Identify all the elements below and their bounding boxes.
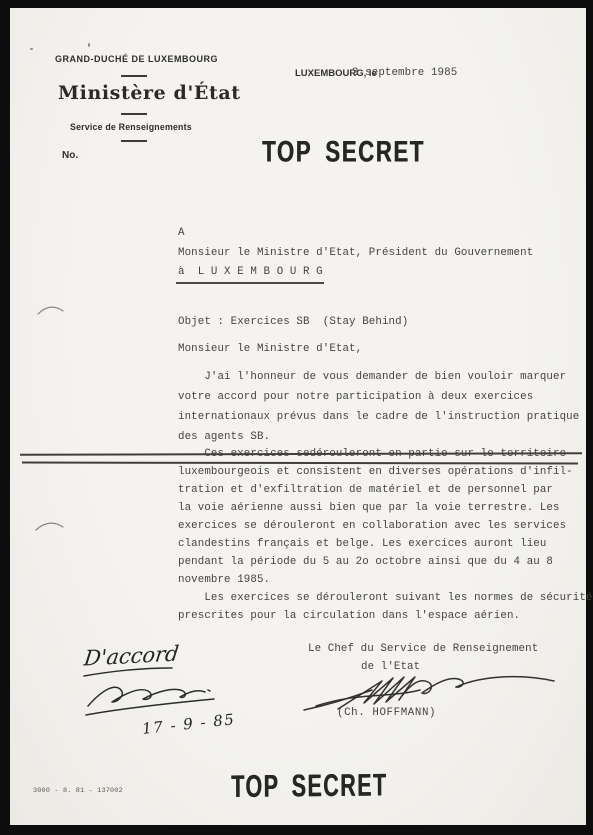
letterhead-country: GRAND-DUCHÉ DE LUXEMBOURG <box>55 54 218 64</box>
print-code: 3000 - 8. 81 - 137002 <box>33 787 123 795</box>
para1-line1: J'ai l'honneur de vous demander de bien … <box>178 371 566 384</box>
subject-line: Objet : Exercices SB (Stay Behind) <box>178 316 408 329</box>
signer-name: (Ch. HOFFMANN) <box>337 707 436 720</box>
salutation-line: Monsieur le Ministre d'Etat, <box>178 343 362 356</box>
letterhead-divider <box>121 113 147 115</box>
para2-line6: clandestins français et belge. Les exerc… <box>178 538 546 551</box>
reference-number-label: No. <box>62 150 78 161</box>
top-secret-stamp-top: TOP SECRET <box>262 135 425 169</box>
para2-line8: novembre 1985. <box>178 574 270 587</box>
para3-line1: Les exercices se dérouleront suivant les… <box>178 592 593 605</box>
top-secret-stamp-bottom: TOP SECRET <box>231 768 388 805</box>
letterhead-service: Service de Renseignements <box>70 122 192 132</box>
para3-line2: prescrites pour la circulation dans l'es… <box>178 610 520 623</box>
recipient-line2: à L U X E M B O U R G <box>178 266 323 279</box>
para2-line5: exercices se dérouleront en collaboratio… <box>178 520 566 533</box>
scan-speck <box>88 43 90 47</box>
scanned-letter: GRAND-DUCHÉ DE LUXEMBOURG Ministère d'Ét… <box>0 0 593 835</box>
letter-paper: GRAND-DUCHÉ DE LUXEMBOURG Ministère d'Ét… <box>10 8 586 825</box>
para2-line7: pendant la période du 5 au 2o octobre ai… <box>178 556 553 569</box>
margin-pen-mark <box>36 303 66 317</box>
letterhead-divider <box>121 140 147 142</box>
recipient-line1: Monsieur le Ministre d'Etat, Président d… <box>178 247 533 260</box>
letterhead-divider <box>121 75 147 77</box>
margin-pen-mark <box>34 519 66 533</box>
para1-line2: votre accord pour notre participation à … <box>178 391 533 404</box>
signer-title-line1: Le Chef du Service de Renseignement <box>308 643 538 656</box>
strikethrough-line-lower <box>22 462 578 465</box>
para2-line2: luxembourgeois et consistent en diverses… <box>178 466 573 479</box>
recipient-to-prefix: A <box>178 227 185 240</box>
para1-line3: internationaux prévus dans le cadre de l… <box>178 411 579 424</box>
para2-line4: la voie aérienne aussi bien que par la v… <box>178 502 560 515</box>
recipient-underline <box>176 282 324 284</box>
para2-line3: tration et d'exfiltration de matériel et… <box>178 484 553 497</box>
letterhead-ministry: Ministère d'État <box>58 82 241 104</box>
scan-speck <box>30 48 33 50</box>
para1-line4: des agents SB. <box>178 431 270 444</box>
dateline-typed-date: 3 septembre 1985 <box>352 67 457 80</box>
